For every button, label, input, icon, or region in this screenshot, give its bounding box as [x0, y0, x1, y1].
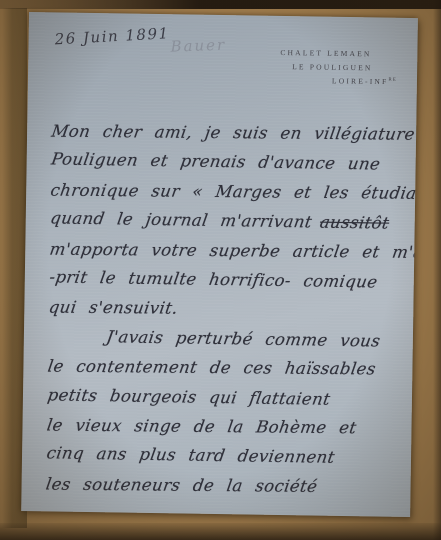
photo-background: 26 Juin 1891 Bauer Chalet Lemaen Le Poul… — [0, 0, 441, 540]
letterhead-superscript: re — [388, 78, 396, 83]
collector-pencil-note: Bauer — [170, 36, 226, 56]
handwritten-line: Pouliguen et prenais d'avance une — [48, 150, 408, 185]
handwritten-line: -prit le tumulte horrifico- comique — [46, 267, 406, 302]
letterhead: Chalet Lemaen Le Pouliguen Loire-Infre — [280, 49, 418, 86]
handwritten-line: qui s'ensuivit. — [46, 298, 406, 330]
handwritten-line: chronique sur « Marges et les étudiants … — [48, 180, 408, 212]
handwritten-line: le vieux singe de la Bohème et — [44, 416, 404, 448]
handwritten-line: quand le journal m'arrivantaussitôt — [47, 209, 407, 244]
letterhead-line-2: Le Pouliguen — [292, 63, 418, 73]
letterhead-line-1: Chalet Lemaen — [280, 49, 418, 59]
handwritten-line: les souteneurs de la société — [43, 474, 403, 506]
top-shadow — [0, 0, 441, 9]
right-shadow — [433, 0, 441, 540]
strikethrough-word: aussitôt — [319, 213, 391, 233]
date-annotation: 26 Juin 1891 — [54, 24, 170, 48]
bottom-shadow — [0, 523, 441, 540]
handwritten-line: cinq ans plus tard deviennent — [44, 444, 404, 479]
handwritten-text: quand le journal m'arrivant — [49, 209, 314, 232]
handwritten-line: J'avais perturbé comme vous — [46, 326, 406, 361]
letterhead-region: Loire-Inf — [332, 76, 389, 86]
letter-paper: 26 Juin 1891 Bauer Chalet Lemaen Le Poul… — [21, 12, 418, 517]
handwritten-line: le contentement de ces haïssables — [45, 357, 405, 389]
handwritten-line: petits bourgeois qui flattaient — [45, 385, 405, 420]
letter-body: Mon cher ami, je suis en villégiature au… — [45, 120, 406, 508]
letterhead-line-3: Loire-Infre — [332, 77, 418, 86]
handwritten-line: m'apporta votre superbe article et m'ap- — [47, 239, 407, 271]
